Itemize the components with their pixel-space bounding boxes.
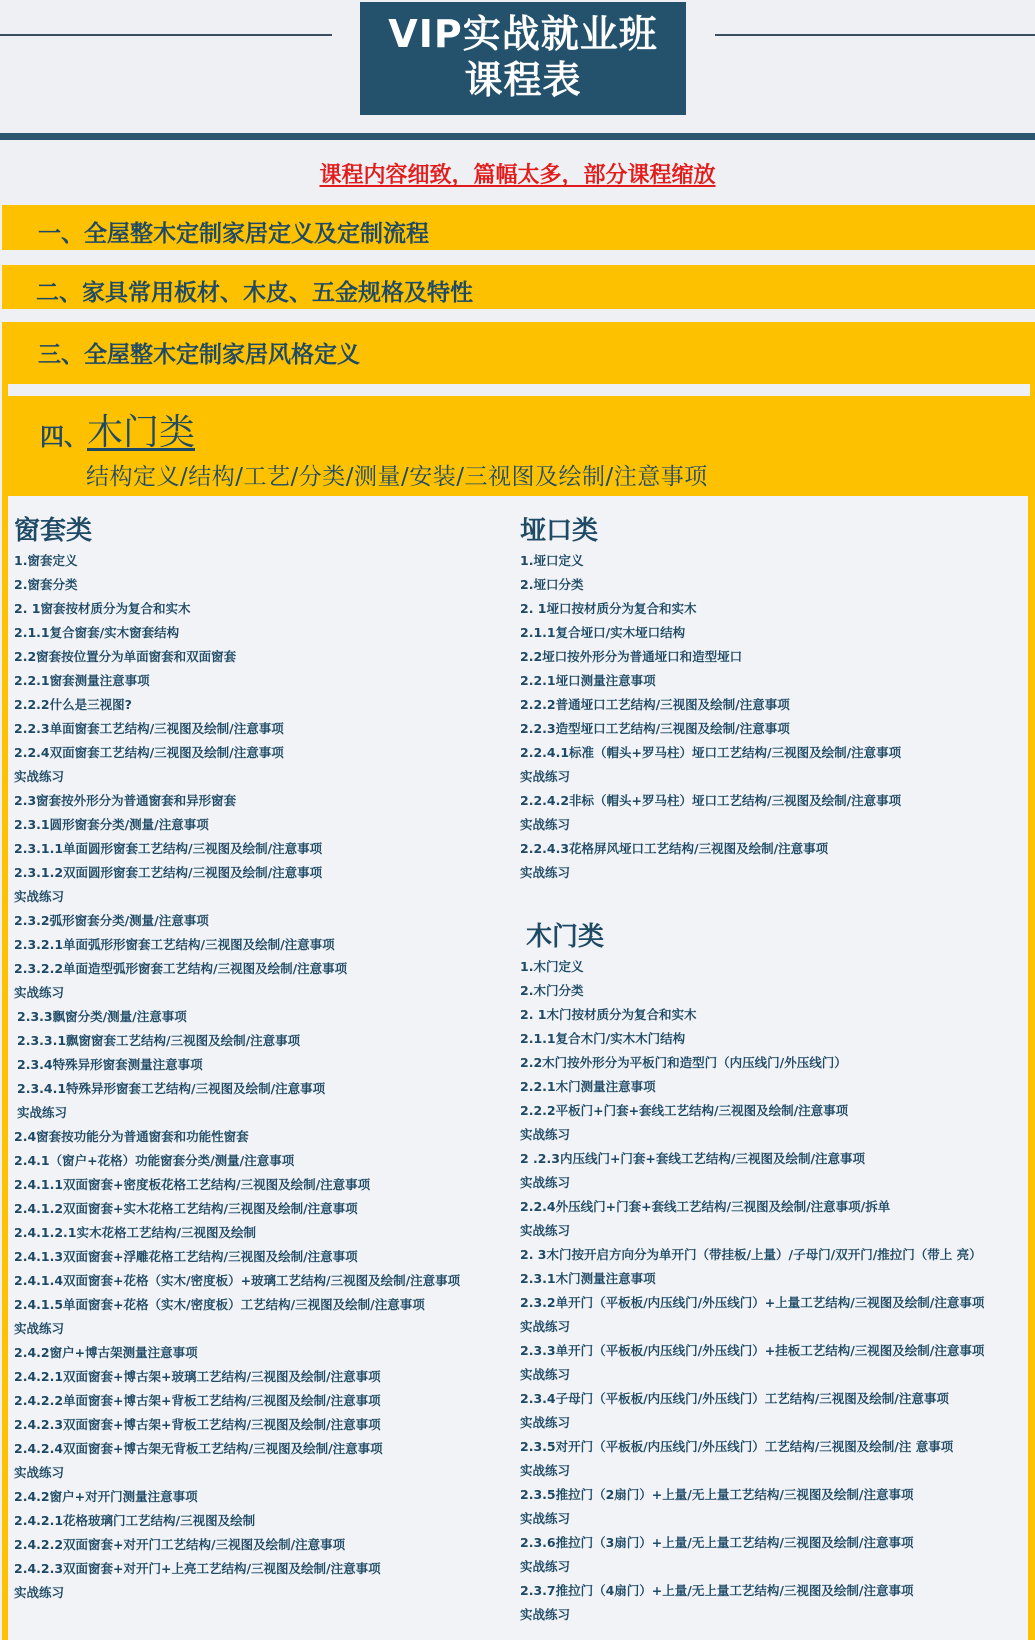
title-line-1: VIP实战就业班: [360, 11, 686, 57]
list-item: 2.4.2窗户+对开门测量注意事项: [14, 1485, 460, 1509]
list-item: 2.2.2平板门+门套+套线工艺结构/三视图及绘制/注意事项: [520, 1099, 984, 1123]
list-item: 2.2木门按外形分为平板门和造型门（内压线门/外压线门）: [520, 1051, 984, 1075]
list-item: 2.2.4.1标准（帽头+罗马柱）垭口工艺结构/三视图及绘制/注意事项: [520, 741, 901, 765]
list-item: 2.3.3.1飘窗窗套工艺结构/三视图及绘制/注意事项: [14, 1029, 460, 1053]
list-item: 实战练习: [14, 1317, 460, 1341]
list-item: 2.3.1.2双面圆形窗套工艺结构/三视图及绘制/注意事项: [14, 861, 460, 885]
section-4-number: 四、: [40, 417, 88, 452]
list-item: 2.3.2单开门（平板板/内压线门/外压线门）+上量工艺结构/三视图及绘制/注意…: [520, 1291, 984, 1315]
section-divider: [8, 384, 1030, 396]
left-column: 窗套类 1.窗套定义2.窗套分类2. 1窗套按材质分为复合和实木2.1.1复合窗…: [14, 515, 460, 1605]
list-item: 2.1.1复合垭口/实木垭口结构: [520, 621, 901, 645]
list-item: 1.窗套定义: [14, 549, 460, 573]
section-4-title[interactable]: 木门类: [87, 404, 195, 455]
list-item: 实战练习: [520, 1411, 984, 1435]
list-item: 2.4.1.4双面窗套+花格（实木/密度板）+玻璃工艺结构/三视图及绘制/注意事…: [14, 1269, 460, 1293]
list-item: 2.3.5推拉门（2扇门）+上量/无上量工艺结构/三视图及绘制/注意事项: [520, 1483, 984, 1507]
list-item: 实战练习: [14, 885, 460, 909]
title-line-2: 课程表: [360, 57, 686, 103]
list-item: 2. 3木门按开启方向分为单开门（带挂板/上量）/子母门/双开门/推拉门（带上 …: [520, 1243, 984, 1267]
list-item: 2.2.1垭口测量注意事项: [520, 669, 901, 693]
list-item: 2.4.1.5单面窗套+花格（实木/密度板）工艺结构/三视图及绘制/注意事项: [14, 1293, 460, 1317]
subtitle-text: 课程内容细致，篇幅太多，部分课程缩放: [319, 163, 715, 188]
list-item: 2.垭口分类: [520, 573, 901, 597]
page-title: VIP实战就业班 课程表: [360, 2, 686, 115]
section-4-subtitle: 结构定义/结构/工艺/分类/测量/安装/三视图及绘制/注意事项: [86, 458, 708, 491]
list-item: 实战练习: [520, 1219, 984, 1243]
list-item: 实战练习: [14, 1101, 460, 1125]
column-heading-archway: 垭口类: [520, 515, 901, 547]
left-item-list: 1.窗套定义2.窗套分类2. 1窗套按材质分为复合和实木2.1.1复合窗套/实木…: [14, 549, 460, 1605]
list-item: 2.2.1窗套测量注意事项: [14, 669, 460, 693]
list-item: 实战练习: [520, 861, 901, 885]
list-item: 2.2垭口按外形分为普通垭口和造型垭口: [520, 645, 901, 669]
list-item: 2.4.2.1双面窗套+博古架+玻璃工艺结构/三视图及绘制/注意事项: [14, 1365, 460, 1389]
list-item: 2. 1垭口按材质分为复合和实木: [520, 597, 901, 621]
list-item: 实战练习: [520, 1459, 984, 1483]
list-item: 2.3.3单开门（平板板/内压线门/外压线门）+挂板工艺结构/三视图及绘制/注意…: [520, 1339, 984, 1363]
section-1-label: 一、全屋整木定制家居定义及定制流程: [38, 215, 429, 248]
section-2: 二、家具常用板材、木皮、五金规格及特性: [2, 265, 1035, 309]
list-item: 2.2.3单面窗套工艺结构/三视图及绘制/注意事项: [14, 717, 460, 741]
list-item: 2.4.1.1双面窗套+密度板花格工艺结构/三视图及绘制/注意事项: [14, 1173, 460, 1197]
list-item: 2.3.4.1特殊异形窗套工艺结构/三视图及绘制/注意事项: [14, 1077, 460, 1101]
list-item: 2.3.1.1单面圆形窗套工艺结构/三视图及绘制/注意事项: [14, 837, 460, 861]
header-divider-left: [0, 34, 332, 36]
right-bottom-item-list: 1.木门定义2.木门分类2. 1木门按材质分为复合和实木2.1.1复合木门/实木…: [520, 955, 984, 1627]
list-item: 实战练习: [520, 1555, 984, 1579]
list-item: 2.4.2.3双面窗套+对开门+上亮工艺结构/三视图及绘制/注意事项: [14, 1557, 460, 1581]
list-item: 2.4.1（窗户+花格）功能窗套分类/测量/注意事项: [14, 1149, 460, 1173]
list-item: 实战练习: [14, 1461, 460, 1485]
list-item: 2.3窗套按外形分为普通窗套和异形窗套: [14, 789, 460, 813]
list-item: 2.1.1复合木门/实木木门结构: [520, 1027, 984, 1051]
list-item: 2.4.2.2单面窗套+博古架+背板工艺结构/三视图及绘制/注意事项: [14, 1389, 460, 1413]
list-item: 2.4.2.1花格玻璃门工艺结构/三视图及绘制: [14, 1509, 460, 1533]
list-item: 2. 1窗套按材质分为复合和实木: [14, 597, 460, 621]
list-item: 2.窗套分类: [14, 573, 460, 597]
list-item: 2.4.2窗户+博古架测量注意事项: [14, 1341, 460, 1365]
list-item: 2.1.1复合窗套/实木窗套结构: [14, 621, 460, 645]
list-item: 实战练习: [520, 813, 901, 837]
list-item: 实战练习: [14, 981, 460, 1005]
list-item: 实战练习: [520, 1507, 984, 1531]
list-item: 2.2.2什么是三视图?: [14, 693, 460, 717]
list-item: 2.2.1木门测量注意事项: [520, 1075, 984, 1099]
list-item: 实战练习: [520, 1363, 984, 1387]
list-item: 2.3.1木门测量注意事项: [520, 1267, 984, 1291]
list-item: 实战练习: [520, 765, 901, 789]
header-divider-right: [715, 34, 1035, 36]
list-item: 2.2.4双面窗套工艺结构/三视图及绘制/注意事项: [14, 741, 460, 765]
list-item: 2.4.1.2.1实木花格工艺结构/三视图及绘制: [14, 1221, 460, 1245]
section-1: 一、全屋整木定制家居定义及定制流程: [2, 205, 1035, 250]
list-item: 实战练习: [520, 1123, 984, 1147]
list-item: 2.3.4子母门（平板板/内压线门/外压线门）工艺结构/三视图及绘制/注意事项: [520, 1387, 984, 1411]
list-item: 2.3.2.2单面造型弧形窗套工艺结构/三视图及绘制/注意事项: [14, 957, 460, 981]
list-item: 2.3.7推拉门（4扇门）+上量/无上量工艺结构/三视图及绘制/注意事项: [520, 1579, 984, 1603]
list-item: 2 .2.3内压线门+门套+套线工艺结构/三视图及绘制/注意事项: [520, 1147, 984, 1171]
list-item: 2.3.2弧形窗套分类/测量/注意事项: [14, 909, 460, 933]
list-item: 2.4.2.4双面窗套+博古架无背板工艺结构/三视图及绘制/注意事项: [14, 1437, 460, 1461]
list-item: 2.2.2普通垭口工艺结构/三视图及绘制/注意事项: [520, 693, 901, 717]
list-item: 2.4.2.2双面窗套+对开门工艺结构/三视图及绘制/注意事项: [14, 1533, 460, 1557]
page-header: VIP实战就业班 课程表: [0, 0, 1035, 140]
list-item: 2.2.4外压线门+门套+套线工艺结构/三视图及绘制/注意事项/拆单: [520, 1195, 984, 1219]
list-item: 2.3.6推拉门（3扇门）+上量/无上量工艺结构/三视图及绘制/注意事项: [520, 1531, 984, 1555]
list-item: 2.4.1.2双面窗套+实木花格工艺结构/三视图及绘制/注意事项: [14, 1197, 460, 1221]
list-item: 2.4.1.3双面窗套+浮雕花格工艺结构/三视图及绘制/注意事项: [14, 1245, 460, 1269]
list-item: 2.2窗套按位置分为单面窗套和双面窗套: [14, 645, 460, 669]
list-item: 实战练习: [14, 765, 460, 789]
list-item: 1.木门定义: [520, 955, 984, 979]
list-item: 2.3.2.1单面弧形形窗套工艺结构/三视图及绘制/注意事项: [14, 933, 460, 957]
list-item: 2.木门分类: [520, 979, 984, 1003]
right-column-top: 垭口类 1.垭口定义2.垭口分类2. 1垭口按材质分为复合和实木2.1.1复合垭…: [520, 515, 901, 885]
right-column-bottom: 木门类 1.木门定义2.木门分类2. 1木门按材质分为复合和实木2.1.1复合木…: [520, 921, 984, 1627]
list-item: 2.2.4.2非标（帽头+罗马柱）垭口工艺结构/三视图及绘制/注意事项: [520, 789, 901, 813]
section-3: 三、全屋整木定制家居风格定义: [2, 322, 1035, 384]
list-item: 2.3.1圆形窗套分类/测量/注意事项: [14, 813, 460, 837]
list-item: 2. 1木门按材质分为复合和实木: [520, 1003, 984, 1027]
list-item: 2.3.4特殊异形窗套测量注意事项: [14, 1053, 460, 1077]
list-item: 实战练习: [520, 1603, 984, 1627]
list-item: 2.2.4.3花格屏风垭口工艺结构/三视图及绘制/注意事项: [520, 837, 901, 861]
header-bar: [0, 133, 1035, 140]
list-item: 1.垭口定义: [520, 549, 901, 573]
section-3-label: 三、全屋整木定制家居风格定义: [38, 336, 360, 369]
list-item: 实战练习: [14, 1581, 460, 1605]
list-item: 2.2.3造型垭口工艺结构/三视图及绘制/注意事项: [520, 717, 901, 741]
list-item: 实战练习: [520, 1315, 984, 1339]
section-2-label: 二、家具常用板材、木皮、五金规格及特性: [36, 274, 473, 307]
list-item: 2.4窗套按功能分为普通窗套和功能性窗套: [14, 1125, 460, 1149]
list-item: 2.4.2.3双面窗套+博古架+背板工艺结构/三视图及绘制/注意事项: [14, 1413, 460, 1437]
column-heading-wood-door: 木门类: [520, 921, 984, 953]
column-heading-window-casing: 窗套类: [14, 515, 460, 547]
list-item: 2.3.5对开门（平板板/内压线门/外压线门）工艺结构/三视图及绘制/注 意事项: [520, 1435, 984, 1459]
list-item: 实战练习: [520, 1171, 984, 1195]
subtitle-notice: 课程内容细致，篇幅太多，部分课程缩放: [0, 158, 1035, 189]
list-item: 2.3.3飘窗分类/测量/注意事项: [14, 1005, 460, 1029]
right-top-item-list: 1.垭口定义2.垭口分类2. 1垭口按材质分为复合和实木2.1.1复合垭口/实木…: [520, 549, 901, 885]
